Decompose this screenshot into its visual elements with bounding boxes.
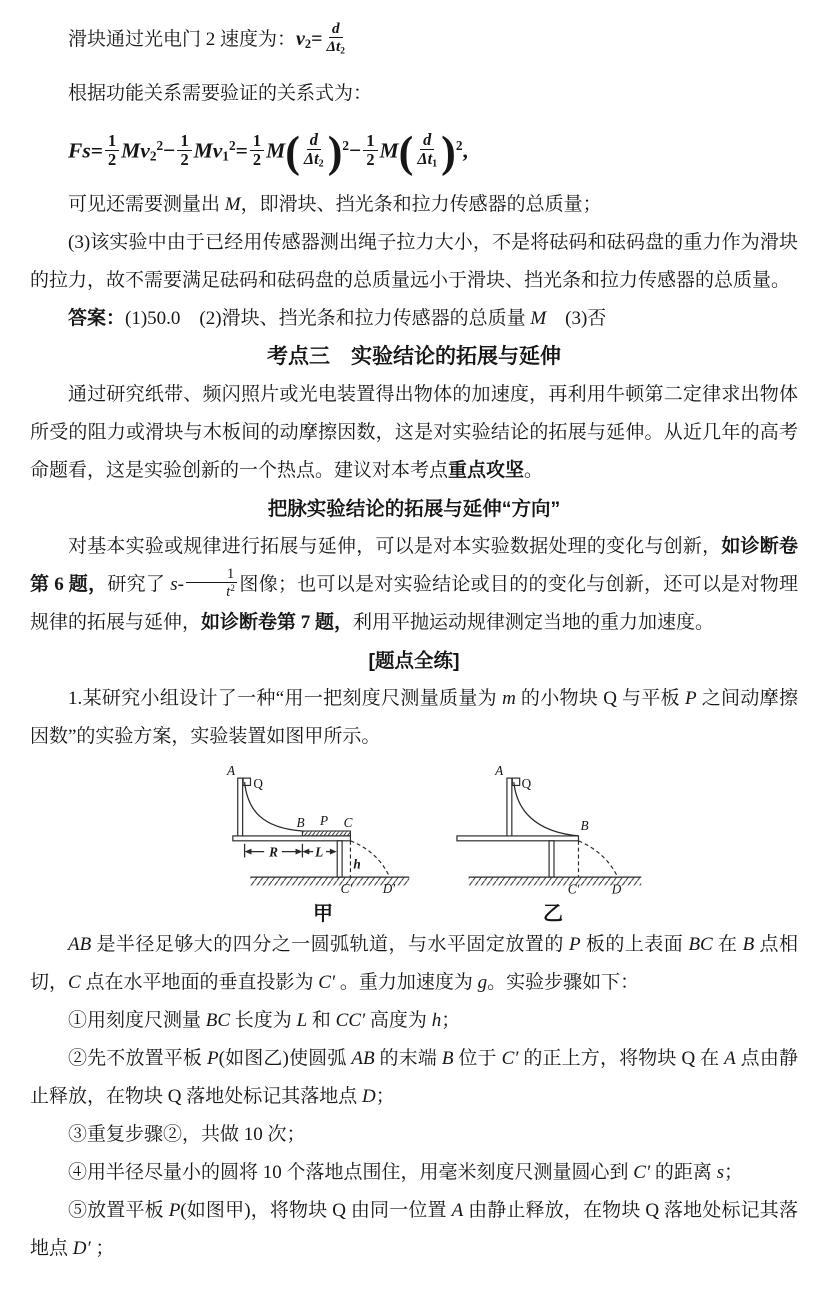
label-q-yi: Q: [522, 776, 532, 791]
pole-yi: [507, 778, 512, 836]
step-3: ③重复步骤②，共做 10 次；: [30, 1116, 798, 1154]
label-q-jia: Q: [253, 776, 263, 791]
para-kaodian-intro: 通过研究纸带、频闪照片或光电装置得出物体的加速度，再利用牛顿第二定律求出物体所受…: [30, 376, 798, 490]
formula-energy-relation: Fs=12Mv22−12Mv12=12M(dΔt2)2−12M(dΔt1)2,: [30, 119, 798, 184]
label-a-yi: A: [494, 763, 504, 778]
line-photogate-speed-text: 滑块通过光电门 2 速度为：: [68, 29, 296, 50]
figure-row: R L A Q B P C h: [30, 762, 798, 924]
caption-yi: 乙: [455, 904, 651, 924]
label-r: R: [268, 844, 278, 859]
dimension-l: L: [302, 844, 336, 859]
diagram-yi-svg: A Q B C′ D: [455, 762, 651, 902]
heading-bamai: 把脉实验结论的拓展与延伸“方向”: [30, 490, 798, 528]
support-leg-yi: [549, 841, 554, 877]
dimension-r: R: [245, 844, 303, 860]
para-bamai-body: 对基本实验或规律进行拓展与延伸，可以是对本实验数据处理的变化与创新，如诊断卷第 …: [30, 528, 798, 642]
line-answer: 答案：(1)50.0 (2)滑块、挡光条和拉力传感器的总质量 M (3)否: [30, 300, 798, 338]
label-b-jia: B: [297, 815, 305, 830]
label-l: L: [314, 844, 323, 859]
heading-tidian-quanlian: [题点全练]: [30, 642, 798, 680]
para-setup-description: AB 是半径足够大的四分之一圆弧轨道，与水平固定放置的 P 板的上表面 BC 在…: [30, 926, 798, 1002]
label-c-prime-jia: C′: [341, 881, 354, 896]
para-point-3: (3)该实验中由于已经用传感器测出绳子拉力大小，不是将砝码和砝码盘的重力作为滑块…: [30, 224, 798, 300]
figure-jia: R L A Q B P C h: [225, 762, 421, 924]
line-photogate-speed: 滑块通过光电门 2 速度为：v2=dΔt2: [30, 16, 798, 67]
diagram-jia-svg: R L A Q B P C h: [225, 762, 421, 902]
label-d-yi: D: [611, 881, 622, 896]
label-h-jia: h: [353, 856, 360, 871]
figure-yi: A Q B C′ D 乙: [455, 762, 651, 924]
label-c-jia: C: [344, 815, 353, 830]
label-d-prime-jia: D′: [382, 881, 397, 896]
document-page: 滑块通过光电门 2 速度为：v2=dΔt2 根据功能关系需要验证的关系式为： F…: [0, 0, 828, 1268]
pole-jia: [238, 778, 243, 836]
step-2: ②先不放置平板 P(如图乙)使圆弧 AB 的末端 B 位于 C′ 的正上方，将物…: [30, 1040, 798, 1116]
table-bar-yi: [457, 836, 579, 841]
step-4: ④用半径尽量小的圆将 10 个落地点围住，用毫米刻度尺测量圆心到 C′ 的距离 …: [30, 1154, 798, 1192]
line-measure-m: 可见还需要测量出 M，即滑块、挡光条和拉力传感器的总质量；: [30, 186, 798, 224]
formula-v2: v2=dΔt2: [296, 28, 349, 50]
line-relation-intro: 根据功能关系需要验证的关系式为：: [30, 75, 798, 113]
label-c-prime-yi: C′: [568, 881, 581, 896]
block-q-yi: [512, 778, 519, 785]
label-a-jia: A: [226, 763, 236, 778]
para-question-1: 1.某研究小组设计了一种“用一把刻度尺测量质量为 m 的小物块 Q 与平板 P …: [30, 680, 798, 756]
plate-p-jia: [302, 831, 350, 836]
trajectory-yi: [578, 841, 617, 877]
label-b-yi: B: [580, 818, 588, 833]
step-1: ①用刻度尺测量 BC 长度为 L 和 CC′ 高度为 h；: [30, 1002, 798, 1040]
support-leg-jia: [337, 841, 342, 877]
caption-jia: 甲: [225, 904, 421, 924]
heading-kaodian-3: 考点三 实验结论的拓展与延伸: [30, 338, 798, 376]
label-p-jia: P: [319, 813, 328, 828]
step-5: ⑤放置平板 P(如图甲)，将物块 Q 由同一位置 A 由静止释放，在物块 Q 落…: [30, 1192, 798, 1268]
table-bar-jia: [233, 836, 351, 841]
